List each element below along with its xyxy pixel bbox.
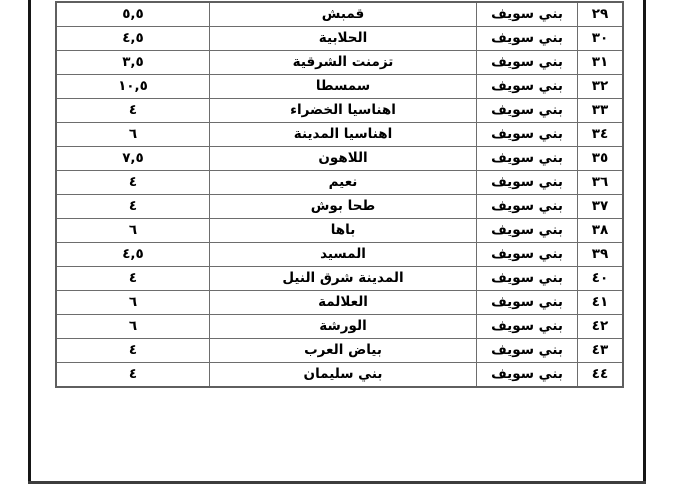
locations-table: ٢٩ بني سويف قمبش ٥,٥ ٣٠ بني سويف الحلابي… xyxy=(55,1,624,388)
table-row: ٤٠ بني سويف المدينة شرق النيل ٤ xyxy=(56,267,623,291)
value-cell: ٦ xyxy=(56,123,210,147)
table-row: ٤٤ بني سويف بني سليمان ٤ xyxy=(56,363,623,388)
governorate-cell: بني سويف xyxy=(477,147,578,171)
place-name-cell: اهناسيا الخضراء xyxy=(210,99,477,123)
value-cell: ٤ xyxy=(56,195,210,219)
row-number-cell: ٣٩ xyxy=(578,243,624,267)
value-cell: ٤ xyxy=(56,171,210,195)
value-cell: ٣,٥ xyxy=(56,51,210,75)
page-border-left-line xyxy=(28,0,31,484)
table-row: ٣٣ بني سويف اهناسيا الخضراء ٤ xyxy=(56,99,623,123)
governorate-cell: بني سويف xyxy=(477,195,578,219)
value-cell: ٤ xyxy=(56,267,210,291)
row-number-cell: ٤٤ xyxy=(578,363,624,388)
place-name-cell: قمبش xyxy=(210,2,477,27)
table-row: ٣٦ بني سويف نعيم ٤ xyxy=(56,171,623,195)
page-border-bottom-line xyxy=(28,481,646,484)
governorate-cell: بني سويف xyxy=(477,315,578,339)
governorate-cell: بني سويف xyxy=(477,291,578,315)
place-name-cell: بياض العرب xyxy=(210,339,477,363)
place-name-cell: سمسطا xyxy=(210,75,477,99)
table-row: ٤٣ بني سويف بياض العرب ٤ xyxy=(56,339,623,363)
value-cell: ٤,٥ xyxy=(56,27,210,51)
row-number-cell: ٤٣ xyxy=(578,339,624,363)
table-row: ٤٢ بني سويف الورشة ٦ xyxy=(56,315,623,339)
row-number-cell: ٣١ xyxy=(578,51,624,75)
place-name-cell: العلالمة xyxy=(210,291,477,315)
value-cell: ٤ xyxy=(56,339,210,363)
table-row: ٣٨ بني سويف باها ٦ xyxy=(56,219,623,243)
value-cell: ١٠,٥ xyxy=(56,75,210,99)
row-number-cell: ٣٥ xyxy=(578,147,624,171)
table-row: ٣٧ بني سويف طحا بوش ٤ xyxy=(56,195,623,219)
place-name-cell: طحا بوش xyxy=(210,195,477,219)
place-name-cell: الورشة xyxy=(210,315,477,339)
row-number-cell: ٤٠ xyxy=(578,267,624,291)
table-row: ٣٠ بني سويف الحلابية ٤,٥ xyxy=(56,27,623,51)
table-row: ٣٥ بني سويف اللاهون ٧,٥ xyxy=(56,147,623,171)
place-name-cell: الحلابية xyxy=(210,27,477,51)
row-number-cell: ٤٢ xyxy=(578,315,624,339)
scanned-document-page: ٢٩ بني سويف قمبش ٥,٥ ٣٠ بني سويف الحلابي… xyxy=(0,0,674,485)
locations-table-body: ٢٩ بني سويف قمبش ٥,٥ ٣٠ بني سويف الحلابي… xyxy=(56,2,623,387)
value-cell: ٤ xyxy=(56,363,210,388)
governorate-cell: بني سويف xyxy=(477,171,578,195)
place-name-cell: تزمنت الشرقية xyxy=(210,51,477,75)
value-cell: ٦ xyxy=(56,315,210,339)
row-number-cell: ٣٤ xyxy=(578,123,624,147)
row-number-cell: ٣٣ xyxy=(578,99,624,123)
table-row: ٣٤ بني سويف اهناسيا المدينة ٦ xyxy=(56,123,623,147)
table-row: ٣١ بني سويف تزمنت الشرقية ٣,٥ xyxy=(56,51,623,75)
row-number-cell: ٤١ xyxy=(578,291,624,315)
page-border-right-line xyxy=(643,0,646,484)
table-row: ٤١ بني سويف العلالمة ٦ xyxy=(56,291,623,315)
value-cell: ٥,٥ xyxy=(56,2,210,27)
value-cell: ٦ xyxy=(56,219,210,243)
value-cell: ٤ xyxy=(56,99,210,123)
row-number-cell: ٣٦ xyxy=(578,171,624,195)
place-name-cell: باها xyxy=(210,219,477,243)
governorate-cell: بني سويف xyxy=(477,75,578,99)
row-number-cell: ٢٩ xyxy=(578,2,624,27)
governorate-cell: بني سويف xyxy=(477,363,578,388)
governorate-cell: بني سويف xyxy=(477,267,578,291)
governorate-cell: بني سويف xyxy=(477,99,578,123)
governorate-cell: بني سويف xyxy=(477,123,578,147)
governorate-cell: بني سويف xyxy=(477,219,578,243)
table-row: ٣٩ بني سويف المسيد ٤,٥ xyxy=(56,243,623,267)
governorate-cell: بني سويف xyxy=(477,27,578,51)
place-name-cell: المسيد xyxy=(210,243,477,267)
governorate-cell: بني سويف xyxy=(477,339,578,363)
value-cell: ٦ xyxy=(56,291,210,315)
governorate-cell: بني سويف xyxy=(477,243,578,267)
row-number-cell: ٣٠ xyxy=(578,27,624,51)
table-row: ٣٢ بني سويف سمسطا ١٠,٥ xyxy=(56,75,623,99)
place-name-cell: اهناسيا المدينة xyxy=(210,123,477,147)
governorate-cell: بني سويف xyxy=(477,51,578,75)
place-name-cell: المدينة شرق النيل xyxy=(210,267,477,291)
row-number-cell: ٣٨ xyxy=(578,219,624,243)
value-cell: ٤,٥ xyxy=(56,243,210,267)
row-number-cell: ٣٧ xyxy=(578,195,624,219)
table-row: ٢٩ بني سويف قمبش ٥,٥ xyxy=(56,2,623,27)
place-name-cell: بني سليمان xyxy=(210,363,477,388)
row-number-cell: ٣٢ xyxy=(578,75,624,99)
governorate-cell: بني سويف xyxy=(477,2,578,27)
place-name-cell: نعيم xyxy=(210,171,477,195)
place-name-cell: اللاهون xyxy=(210,147,477,171)
value-cell: ٧,٥ xyxy=(56,147,210,171)
